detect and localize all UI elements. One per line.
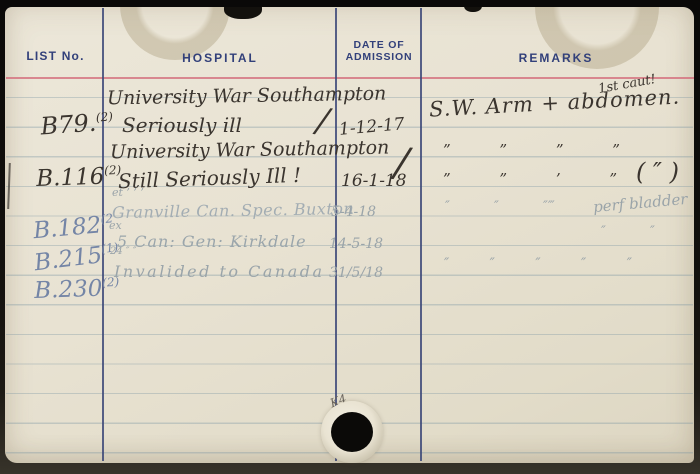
row5-list-no: B.230(2)	[4, 249, 121, 331]
punch-hole	[331, 412, 373, 452]
row4-hospital: 5 Can: Gen: Kirkdale	[117, 232, 307, 251]
column-header-date-of-admission: DATE OF ADMISSION	[337, 39, 421, 63]
column-header-list-no: LIST No.	[8, 49, 103, 63]
column-header-remarks: REMARKS	[422, 51, 690, 65]
row2-ditto-line2: ” ” ’ ”	[443, 170, 617, 188]
row3-ditto-line2: ″ ″	[601, 224, 655, 239]
row3-pencil-note: et ’ ’ ’	[112, 186, 144, 199]
row5-list-no-value: B.230	[34, 276, 103, 304]
row5-date: 31/5/18	[329, 265, 383, 281]
row5-hospital: Invalided to Canada	[114, 262, 325, 281]
row1-list-no-value: B79.	[40, 109, 98, 141]
row3-date: 5-4-18	[331, 204, 376, 220]
row5-ditto-line1: ″ ″ ″ ″ ″	[444, 256, 632, 272]
row1-condition: Seriously ill	[122, 113, 242, 137]
row4-pencil-note: ex	[109, 219, 122, 232]
row2-paren-note: ( ″ )	[636, 158, 679, 186]
row3-ditto-line1: ″ ″ ″‴	[445, 199, 555, 214]
admission-label: ADMISSION	[337, 51, 421, 63]
row4-date: 14-5-18	[329, 236, 383, 252]
date-of-label: DATE OF	[337, 39, 421, 51]
row2-ditto-line1: ” ” ” ”	[443, 141, 620, 159]
column-header-hospital: HOSPITAL	[104, 51, 336, 65]
scanned-record-card: LIST No. HOSPITAL DATE OF ADMISSION REMA…	[0, 0, 700, 474]
row1-list-no-sup: (2)	[95, 109, 113, 124]
torn-edge-chip	[224, 7, 262, 19]
torn-edge-nub	[464, 7, 482, 12]
column-divider-date-right	[420, 8, 422, 461]
